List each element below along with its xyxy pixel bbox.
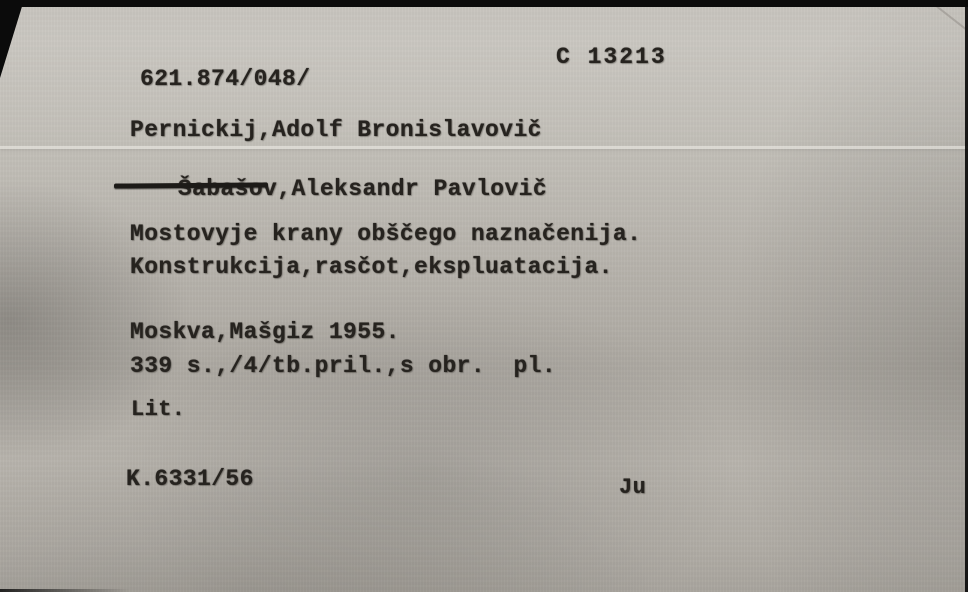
catalog-card-scan: C 13213 621.874/048/ Pernickij,Adolf Bro… xyxy=(0,0,968,592)
note: Lit. xyxy=(131,397,185,422)
accession-number: K.6331/56 xyxy=(126,466,254,492)
author-line-1: Pernickij,Adolf Bronislavovič xyxy=(130,117,542,143)
call-number: C 13213 xyxy=(556,44,667,70)
imprint-line: Moskva,Mašgiz 1955. xyxy=(130,319,400,345)
author-line-2: Šabašov,Aleksandr Pavlovič xyxy=(121,150,547,228)
title-line-2: Konstrukcija,rasčot,ekspluatacija. xyxy=(130,254,613,280)
title-line-1: Mostovyje krany obščego naznačenija. xyxy=(130,221,641,247)
collation-line: 339 s.,/4/tb.pril.,s obr. pl. xyxy=(130,353,556,379)
horizontal-crease xyxy=(0,146,968,149)
classification-number: 621.874/048/ xyxy=(140,66,310,92)
scan-edge-top-left xyxy=(0,0,24,78)
scan-edge-top xyxy=(0,0,968,7)
author-given-names: Aleksandr Pavlovič xyxy=(291,176,547,202)
author-surname-underlined: Šabašov, xyxy=(178,176,292,202)
cataloger-initials: Ju xyxy=(619,475,646,500)
